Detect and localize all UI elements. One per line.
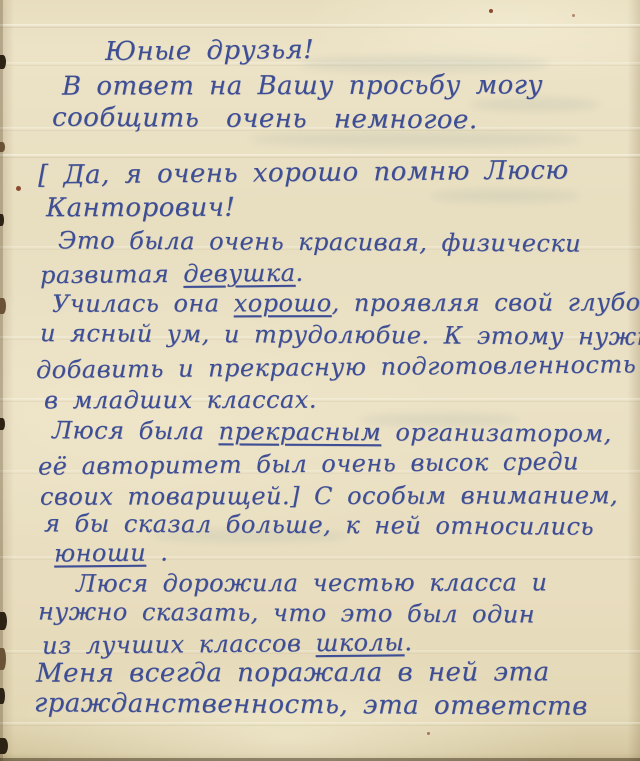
letter-line: её авторитет был очень высок среди bbox=[38, 447, 579, 480]
letter-line: Канторович! bbox=[46, 193, 235, 223]
letter-line: нужно сказать, что это был один bbox=[38, 597, 535, 628]
letter-line: из лучших классов школы. bbox=[42, 628, 413, 660]
letter-line: я бы сказал больше, к ней относились bbox=[44, 509, 594, 540]
letter-line: добавить и прекрасную подготовленность е… bbox=[36, 350, 640, 384]
letter-line: развитая девушка. bbox=[40, 259, 304, 290]
letter-line: Люся была прекрасным организатором, bbox=[52, 416, 612, 447]
letter-line: [ Да, я очень хорошо помню Люсю bbox=[38, 155, 569, 190]
letter-line: в младших классах. bbox=[44, 386, 317, 415]
letter-line: Люся дорожила честью класса и bbox=[76, 568, 547, 597]
letter-line: своих товарищей.] С особым вниманием, bbox=[40, 481, 618, 511]
letter-paper: Юные друзья! В ответ на Вашу просьбу мог… bbox=[0, 0, 640, 761]
letter-line: Юные друзья! bbox=[105, 35, 314, 67]
letter-line: Училась она хорошо, проявляя свой глубок… bbox=[52, 288, 640, 318]
letter-line: сообщить очень немногое. bbox=[52, 103, 478, 136]
letter-line: Меня всегда поражала в ней эта bbox=[36, 657, 550, 688]
letter-body: Юные друзья! В ответ на Вашу просьбу мог… bbox=[0, 0, 640, 761]
letter-line: юноши . bbox=[54, 538, 169, 567]
scanned-letter-page: { "document": { "type": "handwritten-let… bbox=[0, 0, 640, 761]
letter-line: Это была очень красивая, физически bbox=[58, 226, 581, 257]
letter-line: гражданственность, эта ответств bbox=[34, 688, 588, 721]
letter-line: В ответ на Вашу просьбу могу bbox=[62, 70, 543, 101]
letter-line: и ясный ум, и трудолюбие. К этому нужно bbox=[40, 319, 640, 351]
